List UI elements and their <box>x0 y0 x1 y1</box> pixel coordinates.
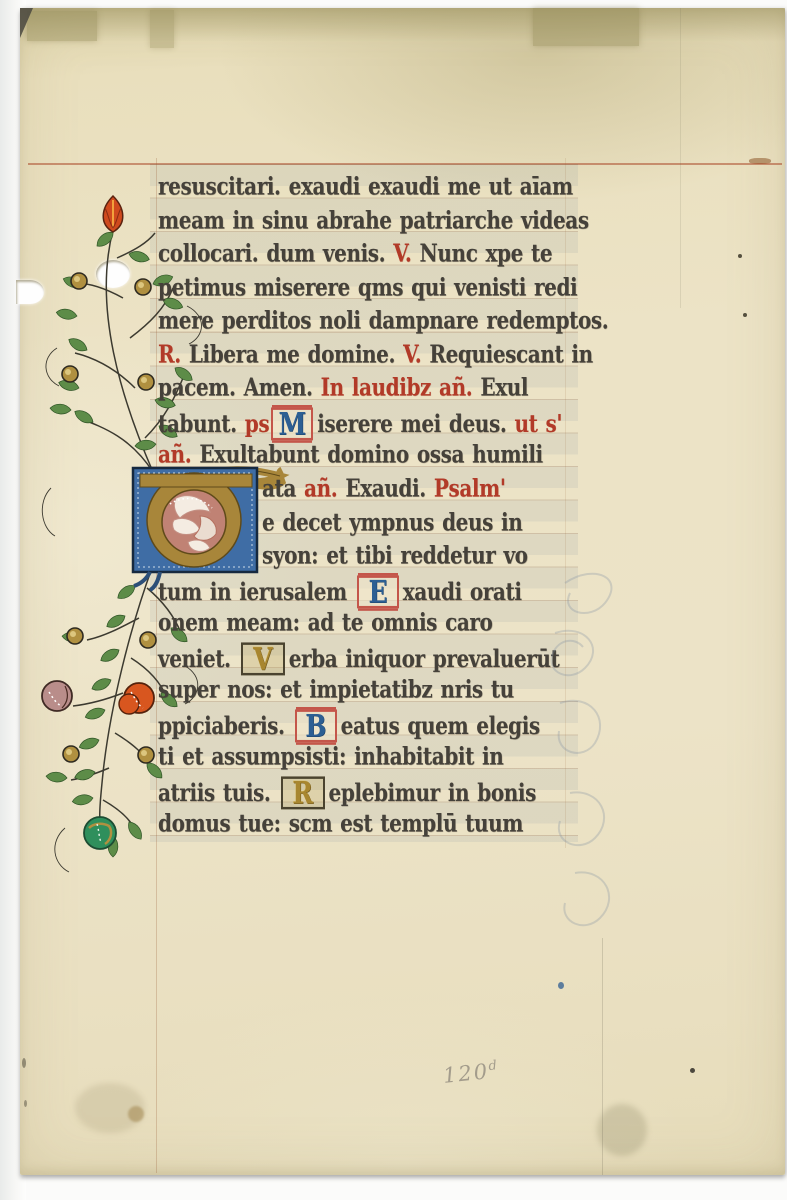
text-line-7: pacem. Amen. In laudibz añ. Exul <box>158 371 528 403</box>
penwork-initial-gold: R <box>281 776 325 809</box>
body-text: eplebimur in bonis <box>329 778 536 807</box>
rubric-text: Psalm' <box>434 473 506 502</box>
body-text: ata <box>262 473 304 502</box>
pencil-suffix: d <box>488 1058 500 1074</box>
text-line-4: petimus miserere qms qui venisti redi <box>158 271 577 303</box>
rubric-text: añ. <box>158 440 199 469</box>
text-line-11: e decet ympnus deus in <box>262 506 522 538</box>
text-line-14: onem meam: ad te omnis caro <box>158 606 493 638</box>
body-text: Nunc xpe te <box>420 238 553 267</box>
text-line-19: atriis tuis. Replebimur in bonis <box>158 774 536 808</box>
body-text: atriis tuis. <box>158 778 279 807</box>
text-line-16: super nos: et impietatibz nris tu <box>158 673 514 705</box>
text-line-2: meam in sinu abrahe patriarche videas <box>158 204 589 236</box>
body-text: meam in sinu abrahe patriarche videas <box>158 205 589 234</box>
scanner-background: resuscitari. exaudi exaudi me ut aīammea… <box>0 0 787 1200</box>
rubric-text: R. <box>158 339 189 368</box>
body-text: Exul <box>480 373 528 402</box>
text-line-8: tabunt. psMiserere mei deus. ut s' <box>158 405 562 439</box>
text-line-6: R. Libera me domine. V. Requiescant in <box>158 338 593 370</box>
body-text: syon: et tibi reddetur vo <box>262 540 528 569</box>
body-text: petimus miserere qms qui venisti redi <box>158 272 577 301</box>
rubric-text: añ. <box>304 473 345 502</box>
penwork-initial-blue: M <box>271 407 313 440</box>
penwork-initial-gold: V <box>241 642 285 675</box>
rubric-text: In laudibz añ. <box>321 373 481 402</box>
body-text: resuscitari. exaudi exaudi me ut aīam <box>158 171 573 200</box>
body-text: Exultabunt domino ossa humili <box>199 440 542 469</box>
body-text: pacem. Amen. <box>158 373 321 402</box>
text-line-12: syon: et tibi reddetur vo <box>262 539 528 571</box>
body-text: tabunt. <box>158 409 245 438</box>
text-line-17: ppiciaberis. Beatus quem elegis <box>158 707 540 741</box>
pencil-number: 120 <box>442 1059 490 1088</box>
text-line-13: tum in ierusalem Exaudi orati <box>158 573 522 607</box>
body-text: ti et assumpsisti: inhabitabit in <box>158 742 503 771</box>
body-text: erba iniquor prevaluerūt <box>289 643 560 672</box>
text-line-20: domus tue: scm est templū tuum <box>158 807 523 839</box>
manuscript-leaf: resuscitari. exaudi exaudi me ut aīammea… <box>20 8 785 1175</box>
body-text: ppiciaberis. <box>158 710 293 739</box>
rubric-text: V. <box>403 339 429 368</box>
penwork-initial-blue: E <box>357 575 399 608</box>
body-text: Requiescant in <box>429 339 592 368</box>
rubric-text: ut s' <box>514 409 562 438</box>
text-line-1: resuscitari. exaudi exaudi me ut aīam <box>158 170 573 202</box>
body-text: mere perditos noli dampnare redemptos. <box>158 305 608 334</box>
body-text: eatus quem elegis <box>341 710 540 739</box>
body-text: onem meam: ad te omnis caro <box>158 607 493 636</box>
text-line-10: ata añ. Exaudi. Psalm' <box>262 472 506 504</box>
penwork-initial-blue: B <box>295 709 337 742</box>
text-line-18: ti et assumpsisti: inhabitabit in <box>158 740 503 772</box>
ghost-offset-marks <box>535 563 675 953</box>
body-text: collocari. dum venis. <box>158 238 393 267</box>
text-line-3: collocari. dum venis. V. Nunc xpe te <box>158 237 552 269</box>
text-line-15: veniet. Verba iniquor prevaluerūt <box>158 640 559 674</box>
body-text: Exaudi. <box>345 473 433 502</box>
rubric-text: V. <box>393 238 419 267</box>
body-text: Libera me domine. <box>189 339 403 368</box>
body-text: e decet ympnus deus in <box>262 507 522 536</box>
body-text: iserere mei deus. <box>317 409 514 438</box>
body-text: domus tue: scm est templū tuum <box>158 809 523 838</box>
text-line-5: mere perditos noli dampnare redemptos. <box>158 304 608 336</box>
rubric-text: ps <box>245 409 269 438</box>
text-line-9: añ. Exultabunt domino ossa humili <box>158 438 543 470</box>
body-text: tum in ierusalem <box>158 576 355 605</box>
body-text: veniet. <box>158 643 239 672</box>
body-text: xaudi orati <box>403 576 522 605</box>
body-text: super nos: et impietatibz nris tu <box>158 674 514 703</box>
